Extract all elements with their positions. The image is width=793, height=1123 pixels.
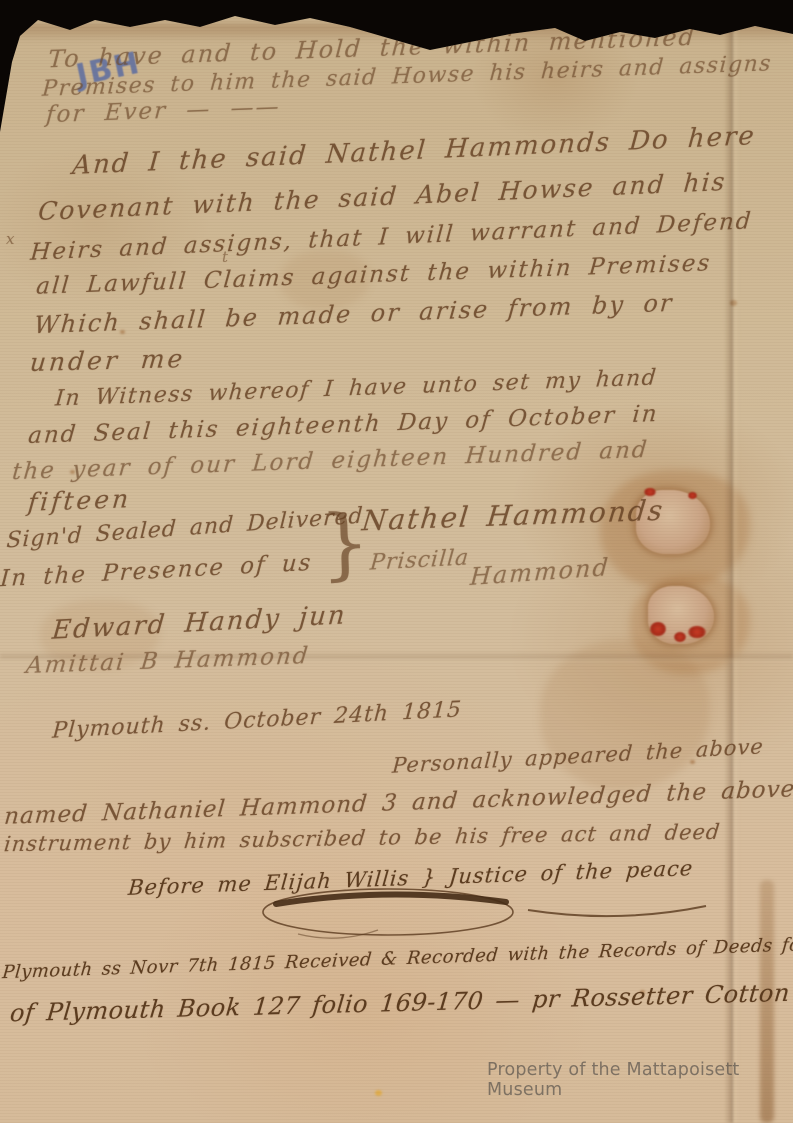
margin-mark: x xyxy=(6,232,14,247)
signature-flourish xyxy=(238,882,708,942)
deed-line: for Ever — —— xyxy=(45,96,281,127)
vertical-fold-crease xyxy=(724,28,740,1123)
red-wax-fleck xyxy=(674,632,686,642)
red-wax-fleck xyxy=(688,626,706,638)
wax-seal-remnant xyxy=(648,586,714,644)
foxing-spot xyxy=(375,1090,382,1096)
deed-line: under me xyxy=(29,346,187,375)
red-wax-fleck xyxy=(688,492,697,499)
caret-insertion: t xyxy=(222,250,228,265)
attestation-line: In the Presence of us xyxy=(0,552,313,591)
scanned-deed-page: JBH To have and to Hold the within menti… xyxy=(0,0,793,1123)
spouse-signature-last: Hammond xyxy=(469,555,610,589)
acknowledgment-line: instrument by him subscribed to be his f… xyxy=(3,822,722,856)
spouse-signature-first: Priscilla xyxy=(369,547,470,574)
museum-watermark: Property of the Mattapoisett Museum xyxy=(487,1060,793,1100)
red-wax-fleck xyxy=(650,622,666,636)
deed-line: fifteen xyxy=(27,486,132,515)
recording-line: of Plymouth Book 127 folio 169-170 — pr … xyxy=(9,979,793,1025)
paper-sheet: JBH To have and to Hold the within menti… xyxy=(0,0,793,1123)
acknowledgment-line: Plymouth ss. October 24th 1815 xyxy=(52,699,463,743)
